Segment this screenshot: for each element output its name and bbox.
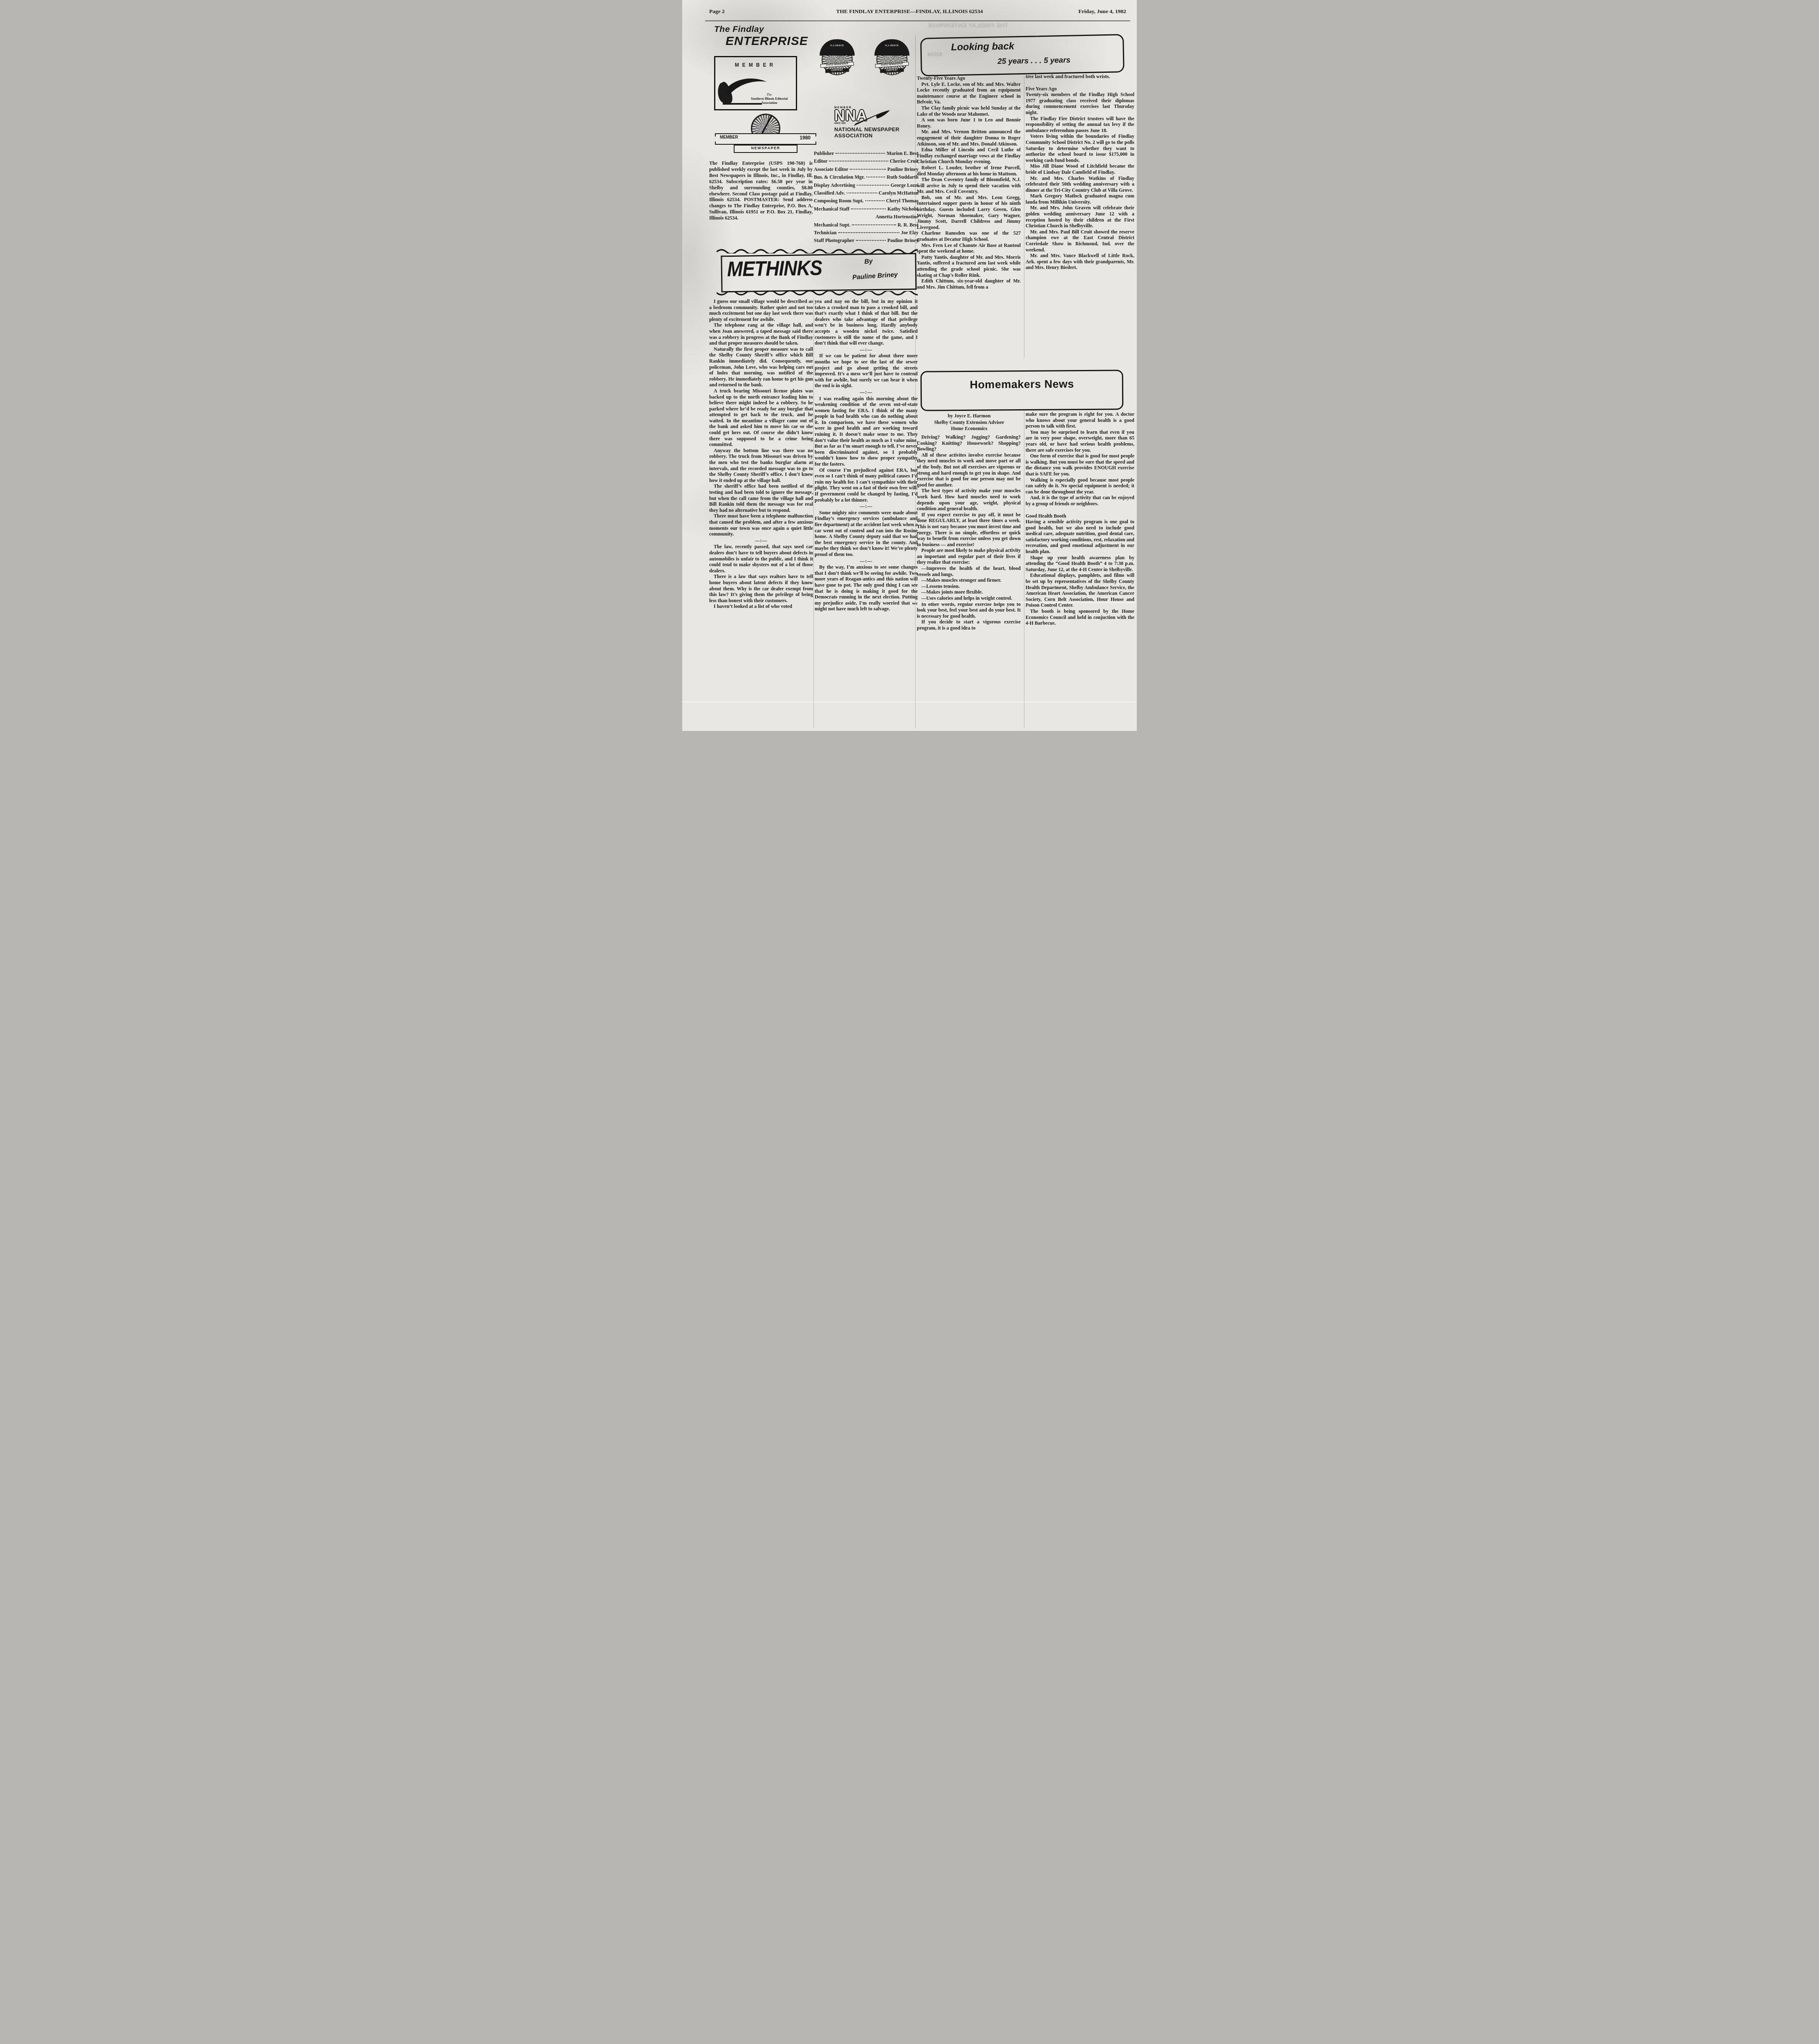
newspaper-page: Page 2 THE FINDLAY ENTERPRISE—FINDLAY, I…	[682, 0, 1137, 731]
methinks-col1-paragraphs: I guess our small village would be descr…	[709, 298, 813, 610]
byline-title: Shelby County Extension Adviser	[917, 419, 1022, 426]
staff-name: Pauline Briney	[887, 237, 918, 244]
paragraph: The law, recently passed, that says used…	[709, 544, 813, 574]
section-divider: —:—	[709, 538, 813, 544]
staff-role: Bus. & Circulation Mgr.	[814, 173, 865, 181]
staff-name: Joe Elzy	[901, 229, 918, 237]
association-name: The Southern Illinois Editorial Associat…	[745, 92, 793, 105]
section-heading: Twenty-Five Years Ago	[917, 75, 1021, 81]
center-column-rule	[915, 35, 916, 728]
paragraph: Robert L. Louder, brother of Irene Purce…	[917, 165, 1021, 177]
paragraph: Mr. and Mrs. Vernon Britton announced th…	[917, 129, 1021, 147]
paragraph: Pvt. Lyle E. Locke, son of Mr. and Mrs. …	[917, 81, 1021, 105]
press-association-ribbon: MEMBER 1980 NEWSPAPER	[715, 112, 816, 153]
nna-name-line2: ASSOCIATION	[834, 132, 920, 139]
ribbon-notch-left	[714, 136, 719, 142]
paragraph: Of course I’m prejudiced against ERA, bu…	[815, 467, 918, 503]
looking-back-title: Looking back	[951, 40, 1014, 53]
staff-row: Associate EditorPauline Briney	[814, 166, 918, 173]
paragraph: A truck bearing Missouri license plates …	[709, 388, 813, 448]
section-heading: Five Years Ago	[1026, 86, 1134, 92]
illinois-contest-badge-1: ILLINOIS STATE NEWSPAPER CONTEST	[819, 39, 856, 82]
paragraph: Mr. and Mrs. John Graven will celebrate …	[1026, 205, 1134, 229]
paragraph: make sure the program is right for you. …	[1026, 411, 1134, 429]
masthead-title-line2: ENTERPRISE	[726, 34, 808, 48]
staff-row: Display AdvertisingGeorge Lozzi	[814, 182, 918, 189]
methinks-box: METHINKS By Pauline Briney	[721, 253, 916, 293]
dot-leader	[856, 240, 886, 241]
staff-role: Mechanical Staff	[814, 205, 849, 213]
looking-back-col2-paragraphs: Twenty-six members of the Findlay High S…	[1026, 92, 1134, 271]
section-divider: —:—	[815, 347, 918, 353]
methinks-column-1: I guess our small village would be descr…	[709, 298, 813, 728]
staff-name: Carolyn McHatton	[879, 189, 918, 197]
staff-list: PublisherMarion E. Best EditorCherise Cr…	[814, 150, 918, 245]
paragraph: By the way, I’m anxious to see some chan…	[815, 564, 918, 612]
staff-row: EditorCherise Cruit	[814, 157, 918, 165]
staff-role: Display Advertising	[814, 182, 855, 189]
paragraph: —Improves the health of the heart, blood…	[917, 565, 1021, 577]
paragraph: In other words, regular exercise helps y…	[917, 601, 1021, 619]
nna-name-line1: NATIONAL NEWSPAPER	[834, 126, 920, 132]
paragraph: I was reading again this morning about t…	[815, 396, 918, 467]
staff-name: Pauline Briney	[887, 166, 918, 173]
dot-leader	[852, 224, 896, 225]
looking-back-column-2: tree last week and fractured both wrists…	[1026, 74, 1134, 360]
paragraph: —Lessens tension.	[917, 583, 1021, 589]
section-divider: —:—	[815, 503, 918, 509]
paragraph: People are most likely to make physical …	[917, 547, 1021, 565]
looking-back-box: 62534 Looking back 25 years . . . 5 year…	[920, 34, 1125, 76]
association-line2: Association	[745, 101, 793, 105]
staff-name: Ruth Suddarth	[887, 173, 918, 181]
paragraph: Naturally the first proper measure was t…	[709, 346, 813, 388]
dot-leader	[836, 153, 885, 154]
association-line1: Southern Illinois Editorial	[745, 97, 793, 101]
homemakers-column-2: make sure the program is right for you. …	[1026, 411, 1134, 729]
staff-name: Kathy Nichols,	[887, 205, 918, 213]
paragraph: —Makes muscles stronger and firmer.	[917, 577, 1021, 583]
paragraph: Voters living within the boundaries of F…	[1026, 133, 1134, 163]
dot-leader	[866, 177, 885, 177]
staff-role: Classified Adv.	[814, 189, 845, 197]
paragraph: Edith Chittum, six-year-old daughter of …	[917, 278, 1021, 290]
methinks-column-rule	[813, 298, 814, 728]
methinks-by: By	[864, 258, 873, 266]
paragraph: Patty Yantis, daughter of Mr. and Mrs. M…	[917, 254, 1021, 278]
scan-artifact-line	[911, 602, 1137, 603]
dot-leader	[850, 169, 885, 170]
paragraph: Mrs. Fern Lee of Chanute Air Base at Ran…	[917, 242, 1021, 254]
paragraph: Mr. and Mrs. Vance Blackwell of Little R…	[1026, 253, 1134, 271]
homemakers-column-rule	[1024, 411, 1024, 728]
paragraph: Bob, son of Mr. and Mrs. Leon Gregg, ent…	[917, 195, 1021, 231]
staff-name: Annetta Hortenstine	[876, 213, 918, 221]
staff-name: Cheryl Thomas	[886, 197, 918, 205]
paragraph: Mark Gregory Matlock graduated magna cum…	[1026, 193, 1134, 205]
paragraph: There must have been a telephone malfunc…	[709, 513, 813, 537]
association-the: The	[766, 92, 772, 96]
staff-row-continuation: Annetta Hortenstine	[814, 213, 918, 221]
byline-author: by Joyce E. Harmon	[917, 413, 1022, 419]
looking-back-column-rule	[1024, 76, 1024, 358]
staff-role: Composing Room Supt.	[814, 197, 864, 205]
paragraph: There is a law that says realtors have t…	[709, 574, 813, 603]
staff-role: Publisher	[814, 150, 834, 157]
methinks-column-2: yea and nay on the bill, but in my opini…	[815, 298, 918, 728]
staff-row: Mechanical Supt.R. R. Best	[814, 221, 918, 229]
dot-leader	[847, 193, 877, 193]
nna-quill-icon	[851, 109, 892, 127]
paragraph: The best types of activity make your mus…	[917, 488, 1021, 511]
paragraph: yea and nay on the bill, but in my opini…	[815, 298, 918, 346]
newspaper-banner: NEWSPAPER	[734, 145, 797, 153]
paragraph: The sheriff’s office had been notified o…	[709, 483, 813, 513]
staff-name: Cherise Cruit	[890, 157, 918, 165]
paragraph: Some mighty nice comments were made abou…	[815, 510, 918, 558]
homemakers-title: Homemakers News	[922, 377, 1122, 391]
paragraph: If we can be patient for about three mor…	[815, 353, 918, 389]
dot-leader	[851, 208, 886, 209]
paragraph: The telephone rang at the village hall, …	[709, 322, 813, 346]
paragraph: I haven’t looked at a list of who voted	[709, 603, 813, 610]
ribbon-notch-right	[812, 136, 817, 142]
dot-leader	[829, 161, 888, 161]
looking-back-subtitle: 25 years . . . 5 years	[997, 56, 1071, 66]
staff-role: Technician	[814, 229, 837, 237]
badge-arch	[820, 39, 855, 56]
ribbon-year-label: 1980	[800, 135, 811, 141]
paragraph: Driving? Walking? Jogging? Gardening? Co…	[917, 434, 1021, 452]
paragraph: One form of exercise that is good for mo…	[1026, 453, 1134, 477]
paragraph: The Dean Coventry family of Bloomfield, …	[917, 177, 1021, 195]
publication-info: The Findlay Enterprise (USPS 190-760) is…	[709, 160, 813, 221]
staff-row: Staff PhotographerPauline Briney	[814, 237, 918, 244]
page-date: Friday, June 4, 1982	[1078, 8, 1126, 15]
section-divider: —:—	[815, 558, 918, 564]
paragraph: The booth is being sponsored by the Home…	[1026, 608, 1134, 626]
staff-row: Mechanical StaffKathy Nichols,	[814, 205, 918, 213]
paragraph: The Findlay Fire District trustees will …	[1026, 116, 1134, 134]
methinks-title: METHINKS	[727, 257, 822, 280]
dot-leader	[857, 185, 889, 186]
paragraph: Anyway the bottom line was there was no …	[709, 448, 813, 484]
paragraph: I guess our small village would be descr…	[709, 298, 813, 322]
paragraph: Mr. and Mrs. Charles Watkins of Findlay …	[1026, 175, 1134, 193]
staff-role: Staff Photographer	[814, 237, 854, 244]
staff-role: Associate Editor	[814, 166, 848, 173]
scan-artifact-line	[682, 702, 1137, 702]
paragraph: Charlene Ramsden was one of the 527 grad…	[917, 230, 1021, 242]
member-label: MEMBER	[715, 62, 796, 68]
paragraph: Shape up your health awareness plan by a…	[1026, 555, 1134, 573]
dot-leader	[838, 232, 899, 233]
paragraph: If you decide to start a vigorous exerci…	[917, 619, 1021, 631]
paragraph: The Clay family picnic was held Sunday a…	[917, 105, 1021, 117]
paragraph: —Uses calories and helps in weight contr…	[917, 595, 1021, 601]
paragraph: Educational displays, pamphlets, and fil…	[1026, 572, 1134, 608]
byline-department: Home Economics	[917, 426, 1022, 432]
paragraph: Having a sensible activity program is on…	[1026, 519, 1134, 555]
header-rule	[705, 20, 1130, 21]
paragraph: You may be surprised to learn that even …	[1026, 429, 1134, 453]
page-title: THE FINDLAY ENTERPRISE—FINDLAY, ILLINOIS…	[682, 8, 1137, 15]
badge-state-label: ILLINOIS	[874, 45, 910, 47]
member-year-band: MEMBER 1980	[715, 133, 816, 145]
ribbon-member-label: MEMBER	[720, 135, 738, 140]
ink-transfer-smudge: THE FINDLAY ENTERPRISE	[927, 22, 1008, 29]
staff-row: Classified Adv.Carolyn McHatton	[814, 189, 918, 197]
staff-role: Mechanical Supt.	[814, 221, 850, 229]
paragraph: Walking is especially good because most …	[1026, 477, 1134, 495]
staff-row: Bus. & Circulation Mgr.Ruth Suddarth	[814, 173, 918, 181]
badge-arch	[874, 39, 909, 56]
methinks-author: Pauline Briney	[852, 271, 898, 281]
ink-smudge: 62534	[927, 51, 942, 58]
homemakers-col2b-paragraphs: Having a sensible activity program is on…	[1026, 519, 1134, 626]
homemakers-column-1: Driving? Walking? Jogging? Gardening? Co…	[917, 434, 1021, 729]
section-divider: —:—	[815, 389, 918, 395]
looking-back-column-1: Twenty-Five Years Ago Pvt. Lyle E. Locke…	[917, 75, 1021, 359]
paragraph: Mr. and Mrs. Paul Bill Cruit showed the …	[1026, 229, 1134, 253]
staff-name: George Lozzi	[891, 182, 918, 189]
illinois-contest-badge-2: ILLINOIS STATE NEWSPAPER CONTEST	[874, 39, 910, 82]
staff-row: Composing Room Supt.Cheryl Thomas	[814, 197, 918, 205]
paragraph: All of these activites involve exercise …	[917, 452, 1021, 488]
wavy-border-bottom	[717, 291, 918, 297]
staff-name: Marion E. Best	[887, 150, 918, 157]
homemakers-col2a-paragraphs: make sure the program is right for you. …	[1026, 411, 1134, 507]
paragraph: Edna Miller of Lincoln and Cecil Luthe o…	[917, 147, 1021, 165]
staff-role: Editor	[814, 157, 827, 165]
staff-row: TechnicianJoe Elzy	[814, 229, 918, 237]
paragraph: —Makes joints more flexible.	[917, 589, 1021, 595]
dot-leader	[865, 200, 885, 201]
methinks-col2-paragraphs: yea and nay on the bill, but in my opini…	[815, 298, 918, 612]
paragraph: And, it is the type of activity that can…	[1026, 495, 1134, 507]
editorial-association-member-box: MEMBER The Southern Illinois Editorial A…	[714, 56, 797, 110]
paragraph: tree last week and fractured both wrists…	[1026, 74, 1134, 80]
badge-state-label: ILLINOIS	[819, 45, 856, 47]
paragraph: Miss Jill Diane Wood of Litchfield becam…	[1026, 163, 1134, 175]
wavy-border-top	[717, 248, 918, 253]
nna-logo: MEMBER NNA SINCE 1885 NATIONAL NEWSPAPER…	[834, 106, 920, 139]
homemakers-col1-paragraphs: Driving? Walking? Jogging? Gardening? Co…	[917, 434, 1021, 631]
paragraph: A son was born June 1 to Leo and Bonnie …	[917, 117, 1021, 129]
staff-row: PublisherMarion E. Best	[814, 150, 918, 157]
homemakers-byline: by Joyce E. Harmon Shelby County Extensi…	[917, 413, 1022, 432]
section-heading: Good Health Booth	[1026, 513, 1134, 519]
paragraph: Twenty-six members of the Findlay High S…	[1026, 92, 1134, 115]
homemakers-news-box: Homemakers News	[921, 370, 1124, 411]
paragraph: If you expect exercise to pay off, it mu…	[917, 512, 1021, 548]
looking-back-col1-paragraphs: Pvt. Lyle E. Locke, son of Mr. and Mrs. …	[917, 81, 1021, 290]
masthead-title-line1: The Findlay	[714, 25, 764, 34]
